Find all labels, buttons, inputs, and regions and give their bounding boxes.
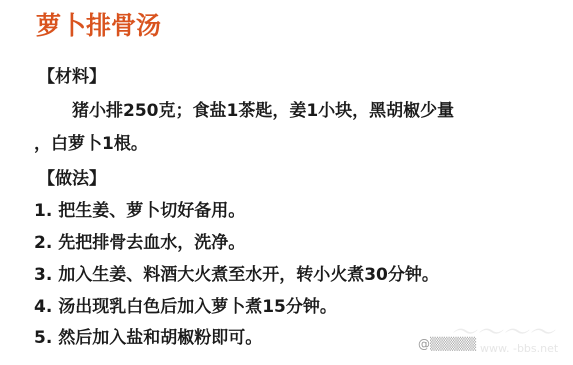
step-4: 4. 汤出现乳白色后加入萝卜煮15分钟。: [34, 292, 337, 317]
method-label: 【做法】: [38, 164, 106, 189]
watermark-credit: @▒▒▒▒▒: [418, 337, 476, 351]
watermark-url: www. -bbs.net: [480, 342, 558, 355]
recipe-title: 萝卜排骨汤: [36, 6, 161, 42]
watermark-at: @: [418, 337, 430, 351]
step-1: 1. 把生姜、萝卜切好备用。: [34, 196, 245, 221]
step-3: 3. 加入生姜、料酒大火煮至水开，转小火煮30分钟。: [34, 260, 439, 285]
ingredients-line-2: ，白萝卜1根。: [34, 129, 148, 154]
ingredients-line-1: 猪小排250克；食盐1茶匙，姜1小块，黑胡椒少量: [72, 96, 454, 121]
ingredients-label: 【材料】: [38, 62, 106, 87]
step-5: 5. 然后加入盐和胡椒粉即可。: [34, 323, 262, 348]
step-2: 2. 先把排骨去血水，洗净。: [34, 228, 245, 253]
